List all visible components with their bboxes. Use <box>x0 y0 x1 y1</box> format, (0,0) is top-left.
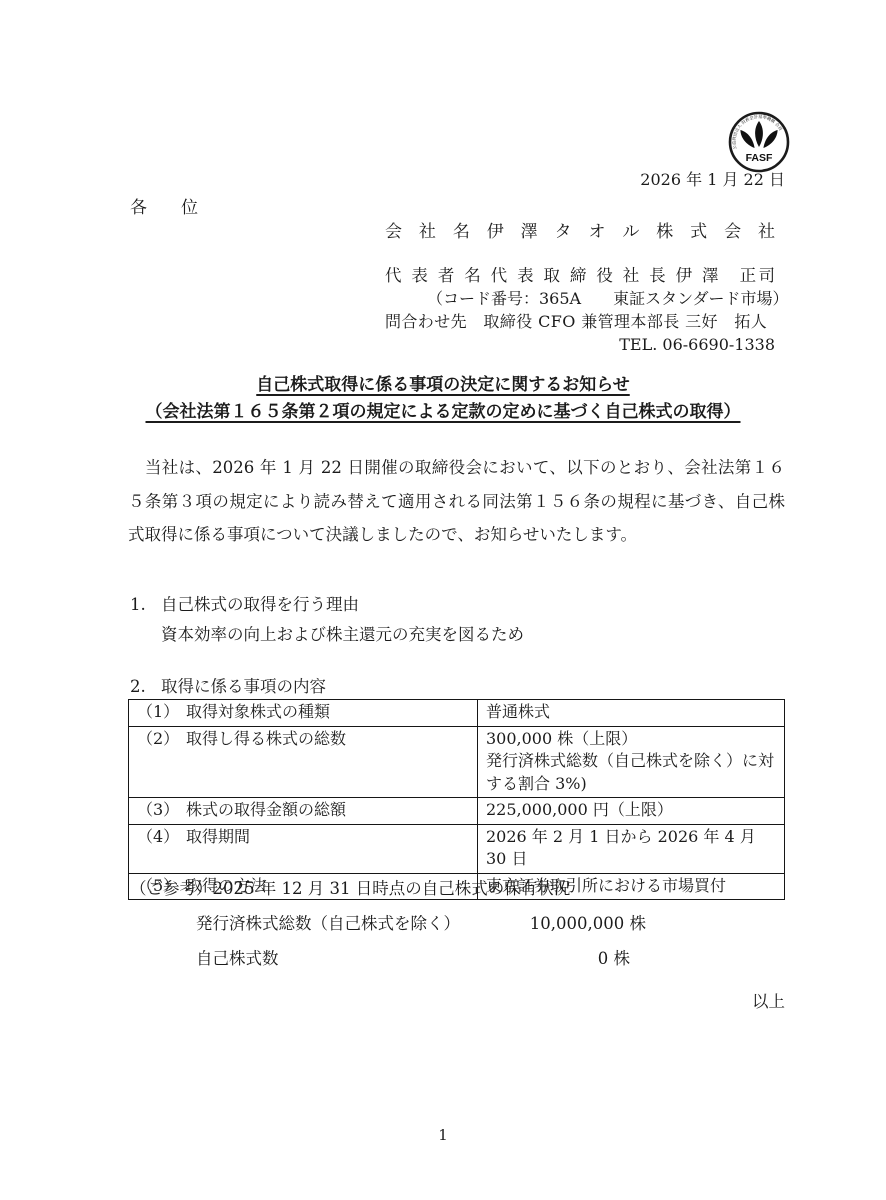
contact-line: 問合わせ先 取締役 CFO 兼管理本部長 三好 拓人 <box>385 310 775 333</box>
document-title: 自己株式取得に係る事項の決定に関するお知らせ （会社法第１６５条第２項の規定によ… <box>0 372 886 426</box>
reference-label: 発行済株式総数（自己株式を除く） <box>196 912 460 936</box>
section-number: 2. <box>130 675 161 698</box>
lead-paragraph: 当社は、2026 年 1 月 22 日開催の取締役会において、以下のとおり、会社… <box>128 451 785 552</box>
row-key-cell: （4）取得期間 <box>129 824 478 873</box>
row-number: （4） <box>137 826 186 849</box>
section-heading-text: 自己株式の取得を行う理由 <box>161 593 359 616</box>
acquisition-details-table: （1）取得対象株式の種類 普通株式 （2）取得し得る株式の総数 300,000 … <box>128 699 785 900</box>
section-heading-text: 取得に係る事項の内容 <box>161 675 326 698</box>
section-details: 2. 取得に係る事項の内容 <box>130 675 326 698</box>
section-heading: 1. 自己株式の取得を行う理由 <box>130 593 524 616</box>
section-number: 1. <box>130 593 161 616</box>
reference-row: 自己株式数 0 株 <box>130 947 646 971</box>
row-number: （3） <box>137 799 186 822</box>
title-line-2: （会社法第１６５条第２項の規定による定款の定めに基づく自己株式の取得） <box>146 402 741 422</box>
row-key-cell: （1）取得対象株式の種類 <box>129 700 478 727</box>
document-date: 2026 年 1 月 22 日 <box>128 169 785 191</box>
reference-heading: （ご参考）2025 年 12 月 31 日時点の自己株式の保有状況 <box>130 877 650 901</box>
document-page: 公益財団法人 財務会計基準機構 会員 FASF 2026 年 1 月 22 日 … <box>0 0 886 1200</box>
fasf-logo-label: FASF <box>746 152 773 164</box>
fasf-member-logo: 公益財団法人 財務会計基準機構 会員 FASF <box>727 110 791 174</box>
row-key-cell: （3）株式の取得金額の総額 <box>129 798 478 825</box>
row-number: （2） <box>137 728 186 751</box>
reference-label: 自己株式数 <box>196 947 279 971</box>
company-info-block: 会 社 名 伊 澤 タ オ ル 株 式 会 社 代 表 者 名 代 表 取 締 … <box>385 221 775 356</box>
closing-mark: 以上 <box>128 988 785 1012</box>
section-body-text: 資本効率の向上および株主還元の充実を図るため <box>161 623 524 646</box>
page-number: 1 <box>0 1126 886 1144</box>
row-value-cell: 2026 年 2 月 1 日から 2026 年 4 月 30 日 <box>478 824 785 873</box>
title-line-1: 自己株式取得に係る事項の決定に関するお知らせ <box>256 375 630 395</box>
reference-value: 0 株 <box>598 947 630 971</box>
row-value-cell: 普通株式 <box>478 700 785 727</box>
row-value-cell: 225,000,000 円（上限） <box>478 798 785 825</box>
fasf-logo-icon: 公益財団法人 財務会計基準機構 会員 FASF <box>727 110 791 174</box>
table-row: （3）株式の取得金額の総額 225,000,000 円（上限） <box>129 798 785 825</box>
row-number: （1） <box>137 701 186 724</box>
representative-line: 代 表 者 名 代 表 取 締 役 社 長 伊 澤 正司 <box>385 264 775 287</box>
row-label: 株式の取得金額の総額 <box>186 800 346 819</box>
row-label: 取得し得る株式の総数 <box>186 729 346 748</box>
company-name-line: 会 社 名 伊 澤 タ オ ル 株 式 会 社 <box>385 221 775 244</box>
table-row: （1）取得対象株式の種類 普通株式 <box>129 700 785 727</box>
fasf-petals-icon <box>738 121 781 150</box>
telephone-line: TEL. 06-6690-1338 <box>385 333 775 356</box>
table-row: （2）取得し得る株式の総数 300,000 株（上限） 発行済株式総数（自己株式… <box>129 726 785 798</box>
section-heading: 2. 取得に係る事項の内容 <box>130 675 326 698</box>
row-value-cell: 300,000 株（上限） 発行済株式総数（自己株式を除く）に対する割合 3%) <box>478 726 785 798</box>
reference-value: 10,000,000 株 <box>530 912 646 936</box>
reference-block: （ご参考）2025 年 12 月 31 日時点の自己株式の保有状況 発行済株式総… <box>130 877 650 971</box>
reference-row: 発行済株式総数（自己株式を除く） 10,000,000 株 <box>130 912 646 936</box>
row-label: 取得対象株式の種類 <box>186 702 330 721</box>
row-label: 取得期間 <box>186 827 250 846</box>
table-row: （4）取得期間 2026 年 2 月 1 日から 2026 年 4 月 30 日 <box>129 824 785 873</box>
addressee: 各 位 <box>130 196 198 220</box>
section-reason: 1. 自己株式の取得を行う理由 資本効率の向上および株主還元の充実を図るため <box>130 593 524 646</box>
row-key-cell: （2）取得し得る株式の総数 <box>129 726 478 798</box>
stock-code-line: （コード番号：365A 東証スタンダード市場） <box>385 287 775 310</box>
